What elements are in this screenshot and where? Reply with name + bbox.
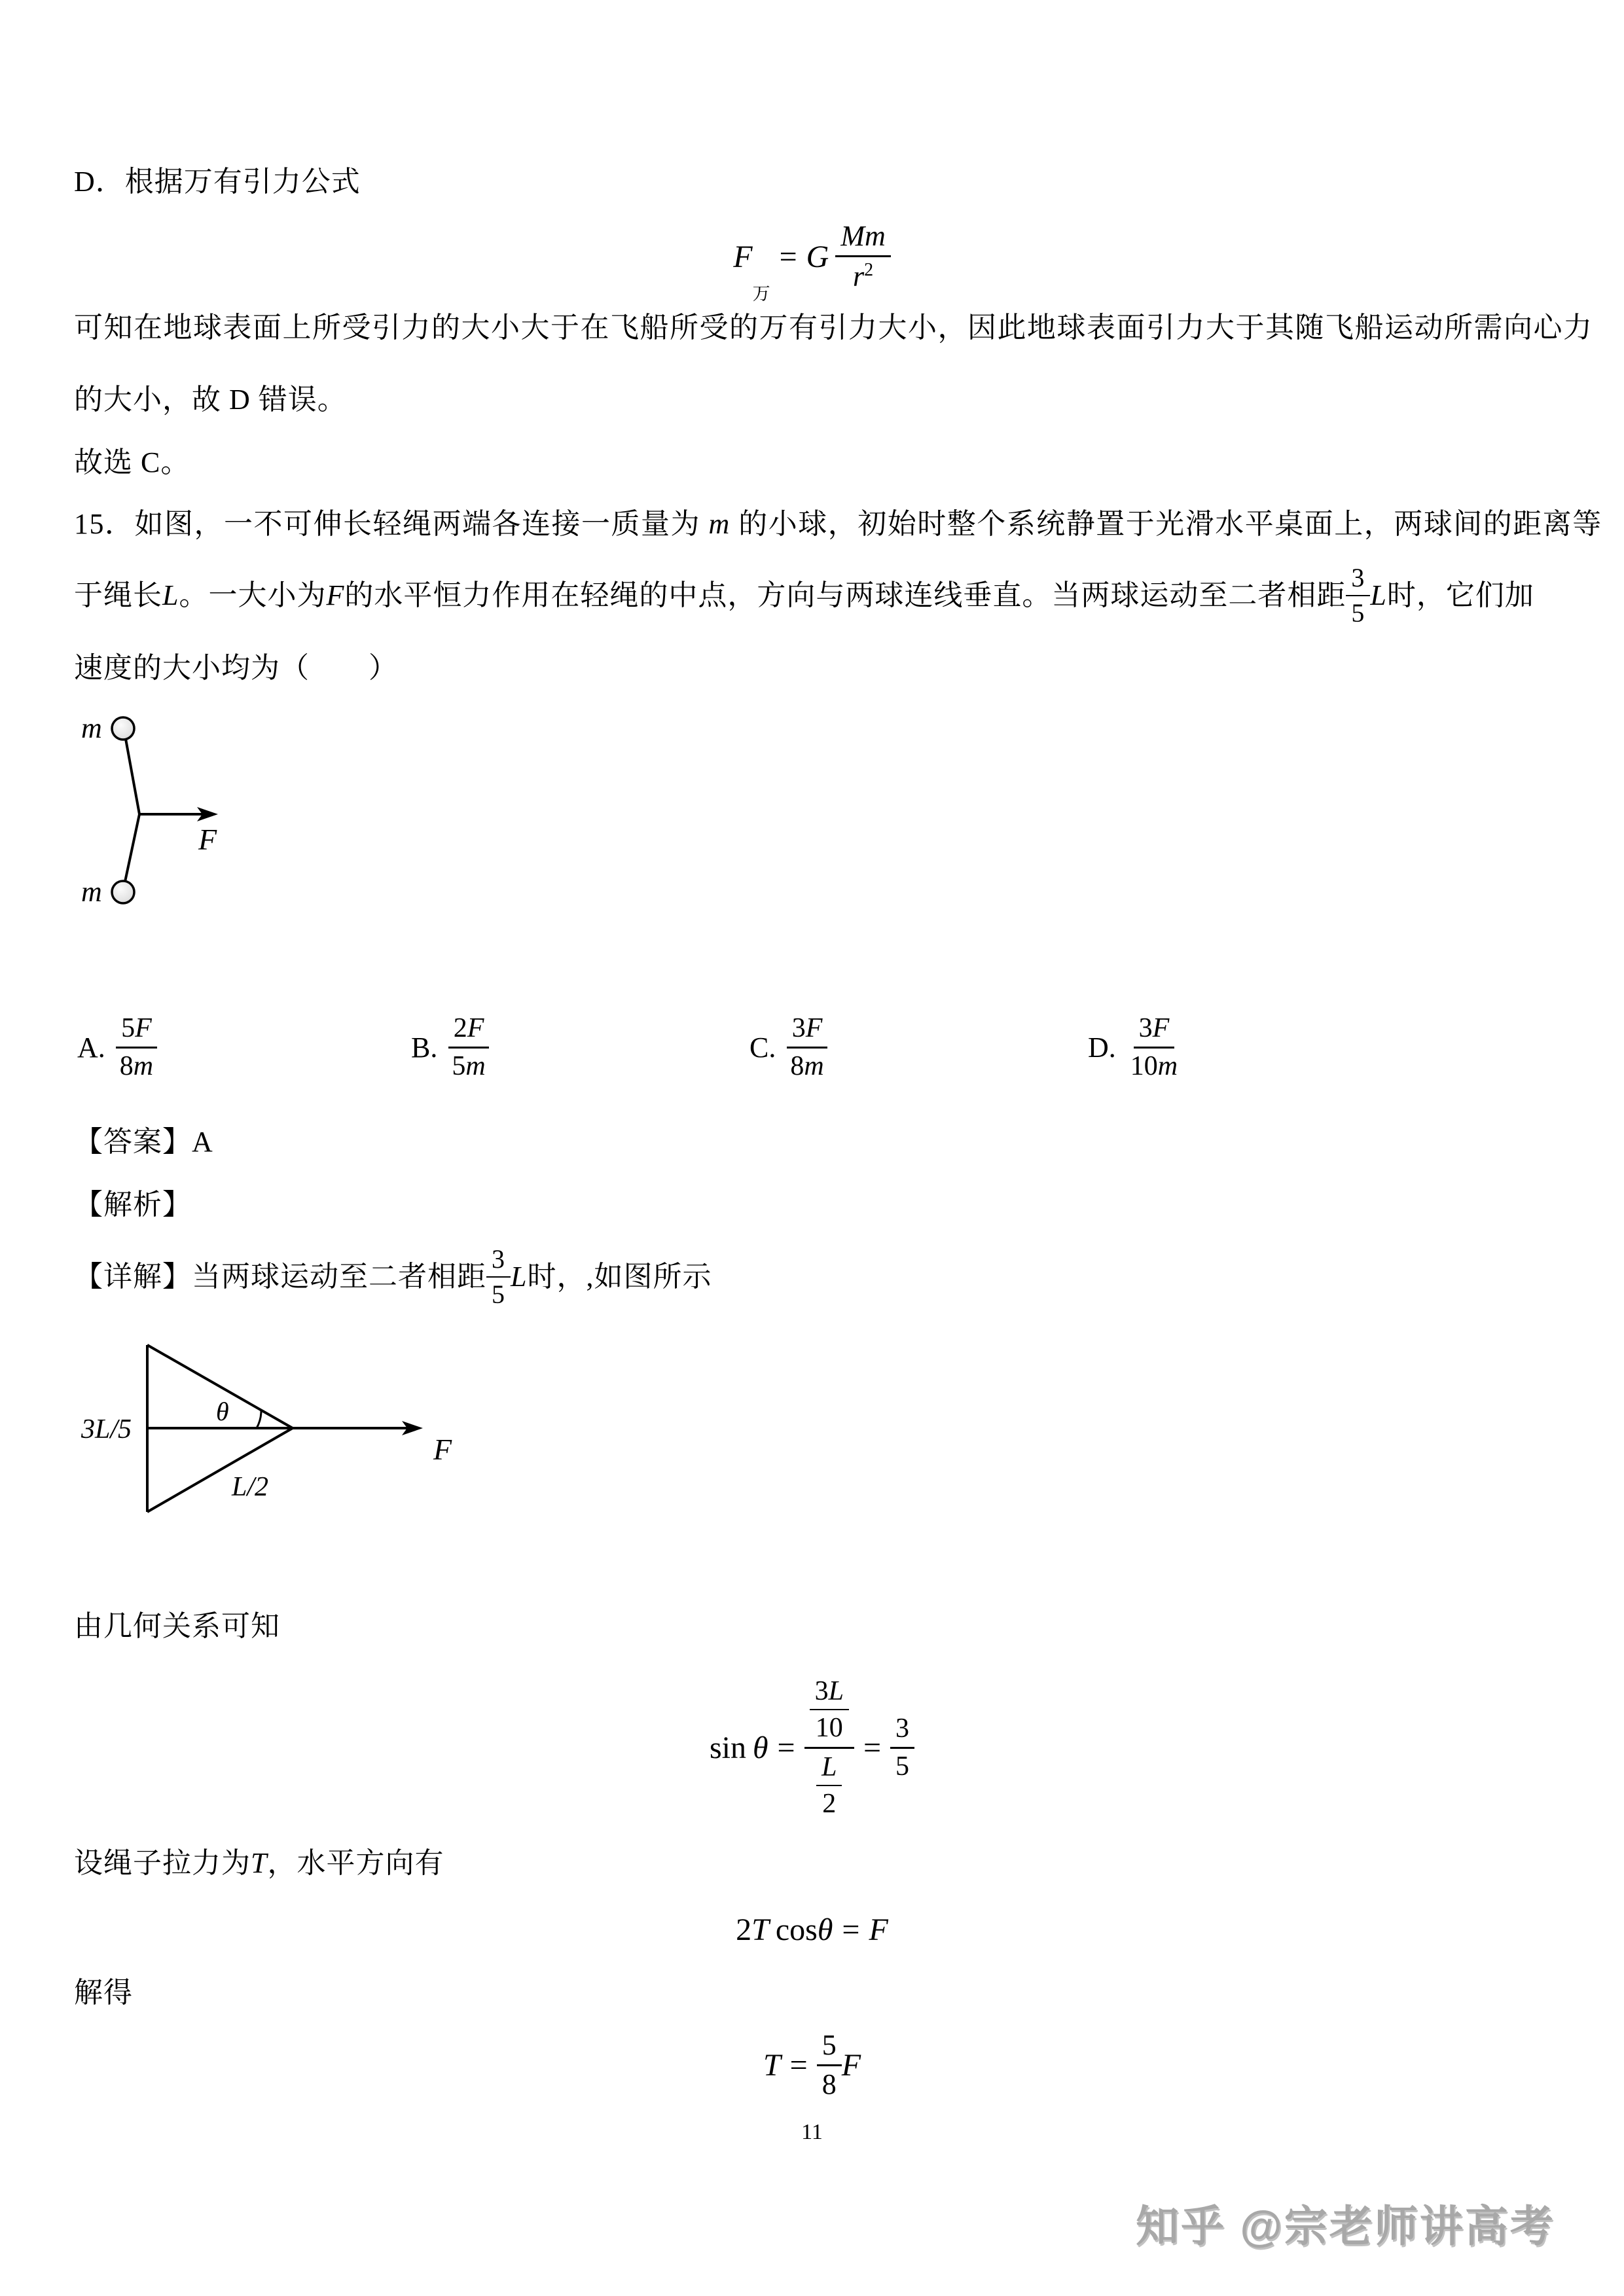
option-d-heading: D．根据万有引力公式 [74, 166, 361, 198]
page-number: 11 [801, 2120, 823, 2145]
fraction-denominator: 10 [810, 1710, 848, 1743]
fraction-denominator: 2 [817, 1786, 841, 1819]
inner-fraction-3L-10: 3L 10 [810, 1676, 849, 1743]
var: m [804, 1051, 823, 1081]
var: m [465, 1051, 485, 1081]
fraction-numerator: L [816, 1752, 842, 1786]
fraction-denominator: 10m [1125, 1049, 1183, 1081]
bottom-ball [112, 881, 134, 903]
rope-balls-diagram: m m F [65, 707, 249, 916]
sine-formula: sin θ = 3L 10 L 2 = 3 5 [0, 1666, 1624, 1829]
option-b-fraction: 2F 5m [446, 1013, 490, 1081]
answer-choose-c: 故选 C。 [74, 446, 190, 479]
inner-fraction-L-2: L 2 [816, 1752, 842, 1819]
geometry-intro: 由几何关系可知 [74, 1610, 280, 1643]
fraction-denominator: 8 [817, 2066, 842, 2100]
page-number-row: 11 [0, 2119, 1624, 2145]
fraction-denominator: 8m [115, 1049, 158, 1081]
coef: 3 [1139, 1013, 1153, 1043]
option-b-label: B. [411, 1031, 437, 1064]
fraction-denominator: 5m [446, 1049, 490, 1081]
option-d-fraction: 3F 10m [1125, 1013, 1183, 1081]
tension-text: ，水平方向有 [267, 1847, 444, 1879]
coefficient: 2 [736, 1912, 751, 1948]
var: F [467, 1013, 484, 1043]
coef: 10 [1130, 1051, 1158, 1081]
half-length-label: L/2 [231, 1472, 268, 1502]
option-a-fraction: 5F 8m [115, 1013, 158, 1081]
coef: 5 [121, 1013, 135, 1043]
result-fraction-3-5: 3 5 [890, 1713, 914, 1781]
var: F [135, 1013, 152, 1043]
r-symbol: r [853, 260, 864, 292]
q15-text: 时，它们加 [1387, 579, 1534, 612]
option-d: D. 3F 10m [1088, 1007, 1183, 1088]
force-symbol: F [869, 1912, 888, 1948]
q15-text: 的水平恒力作用在轻绳的中点，方向与两球连线垂直。当两球运动至二者相距 [344, 579, 1346, 612]
fraction-denominator: 5 [1346, 596, 1370, 628]
outer-denominator: L 2 [811, 1749, 847, 1820]
detail-text: 时，,如图所示 [527, 1261, 712, 1293]
explanation-line-1: 可知在地球表面上所受引力的大小大于在飞船所受的万有引力大小，因此地球表面引力大于… [74, 312, 1593, 344]
r-exponent: 2 [864, 260, 873, 280]
rope-lower-segment [125, 814, 139, 882]
top-ball [112, 717, 134, 740]
fraction-denominator: 5 [890, 1749, 914, 1782]
answer-line: 【答案】A [74, 1126, 213, 1158]
outer-numerator: 3L 10 [804, 1676, 854, 1748]
formula-F-subscript: 万 [753, 279, 770, 305]
fraction-numerator: 3L [810, 1676, 849, 1710]
answer-value: A [192, 1126, 213, 1158]
tension-intro: 设绳子拉力为T，水平方向有 [74, 1847, 444, 1880]
option-d-label: D. [1088, 1031, 1116, 1064]
fraction-numerator: 3F [787, 1013, 828, 1048]
fraction-3-5: 3 5 [1346, 564, 1370, 628]
fraction-3-5: 3 5 [486, 1245, 511, 1309]
analysis-label: 【解析】 [74, 1189, 192, 1221]
gravity-fraction: Mm r2 [835, 221, 890, 292]
force-label: F [198, 823, 217, 856]
distance-label: 3L/5 [81, 1414, 132, 1444]
theta-symbol: θ [753, 1730, 768, 1766]
solve-text: 解得 [74, 1977, 133, 2009]
top-mass-label: m [81, 712, 102, 744]
sin-text: sin [710, 1730, 746, 1766]
angle-arc [257, 1410, 261, 1428]
length-symbol: L [511, 1261, 527, 1293]
q15-text: 15．如图，一不可伸长轻绳两端各连接一质量为 [74, 508, 709, 540]
q15-text: 于绳长 [74, 579, 162, 612]
mass-symbol: m [709, 508, 731, 540]
document-page: D．根据万有引力公式 F万 = G Mm r2 可知在地球表面上所受引力的大小大… [0, 0, 1624, 2296]
option-a-label: A. [77, 1031, 105, 1064]
fraction-denominator: 8m [785, 1049, 829, 1081]
coef: 3 [815, 1676, 829, 1706]
question-15-line-1: 15．如图，一不可伸长轻绳两端各连接一质量为 m 的小球，初始时整个系统静置于光… [74, 508, 1602, 541]
var: F [806, 1013, 823, 1043]
lower-rope [147, 1428, 293, 1512]
fraction-numerator: 5 [817, 2030, 842, 2066]
option-c: C. 3F 8m [749, 1007, 829, 1088]
fraction-numerator: 5F [116, 1013, 157, 1048]
cos-text: cos [776, 1912, 818, 1948]
fraction-5-8: 5 8 [817, 2030, 842, 2100]
var: F [1153, 1013, 1170, 1043]
outer-fraction: 3L 10 L 2 [804, 1676, 854, 1819]
coef: 8 [790, 1051, 804, 1081]
force-symbol: F [842, 2047, 861, 2083]
geometry-triangle-diagram: 3L/5 θ L/2 F [72, 1335, 491, 1532]
fraction-denominator: 5 [486, 1278, 511, 1309]
var: L [829, 1676, 844, 1706]
option-a: A. 5F 8m [77, 1007, 158, 1088]
tension-symbol: T [763, 2047, 781, 2083]
theta-label: θ [216, 1397, 229, 1426]
bottom-mass-label: m [81, 876, 102, 908]
fraction-denominator: r2 [848, 257, 878, 293]
tension-result-equation: T = 5 8 F [0, 2022, 1624, 2108]
coef: 3 [792, 1013, 806, 1043]
q15-text: 的小球，初始时整个系统静置于光滑水平桌面上，两球间的距离等 [731, 508, 1602, 540]
equals-sign: = [778, 1730, 795, 1766]
detail-line: 【详解】当两球运动至二者相距 3 5 L 时，,如图所示 [74, 1241, 712, 1313]
fraction-numerator: 3 [486, 1245, 511, 1278]
tension-symbol: T [251, 1847, 267, 1879]
detail-text: 【详解】当两球运动至二者相距 [74, 1261, 486, 1293]
horizontal-equation: 2T cosθ = F [0, 1909, 1624, 1950]
question-15-line-2: 于绳长 L。一大小为 F 的水平恒力作用在轻绳的中点，方向与两球连线垂直。当两球… [74, 559, 1534, 632]
formula-F: F [733, 239, 752, 275]
tension-text: 设绳子拉力为 [74, 1847, 251, 1879]
fraction-numerator: 3 [1346, 564, 1370, 596]
gravity-formula: F万 = G Mm r2 [0, 217, 1624, 296]
option-c-fraction: 3F 8m [785, 1013, 829, 1081]
tension-symbol: T [751, 1912, 769, 1948]
question-15-line-3: 速度的大小均为（ ） [74, 652, 398, 685]
theta-symbol: θ [818, 1912, 833, 1948]
equals-sign: = [863, 1730, 881, 1766]
explanation-line-2: 的大小，故 D 错误。 [74, 384, 347, 416]
q15-text: 。一大小为 [179, 579, 326, 612]
equals-sign: = [842, 1912, 859, 1948]
option-b: B. 2F 5m [411, 1007, 491, 1088]
answer-label: 【答案】 [74, 1126, 192, 1158]
fraction-numerator: 3F [1134, 1013, 1175, 1048]
force-symbol: F [326, 579, 344, 612]
formula-G: G [806, 239, 829, 275]
force-label: F [433, 1433, 452, 1466]
fraction-numerator: Mm [835, 221, 890, 257]
coef: 5 [452, 1051, 465, 1081]
coef: 8 [120, 1051, 134, 1081]
var: m [134, 1051, 153, 1081]
length-symbol: L [162, 579, 179, 612]
zhihu-watermark: 知乎 @宗老师讲高考 [1136, 2191, 1555, 2253]
coef: 2 [454, 1013, 467, 1043]
fraction-numerator: 2F [448, 1013, 490, 1048]
fraction-numerator: 3 [890, 1713, 914, 1748]
option-c-label: C. [749, 1031, 776, 1064]
formula-equals: = [780, 239, 797, 275]
var: m [1158, 1051, 1178, 1081]
length-symbol: L [1370, 579, 1386, 612]
equals-sign: = [790, 2047, 808, 2083]
rope-upper-segment [126, 739, 139, 814]
